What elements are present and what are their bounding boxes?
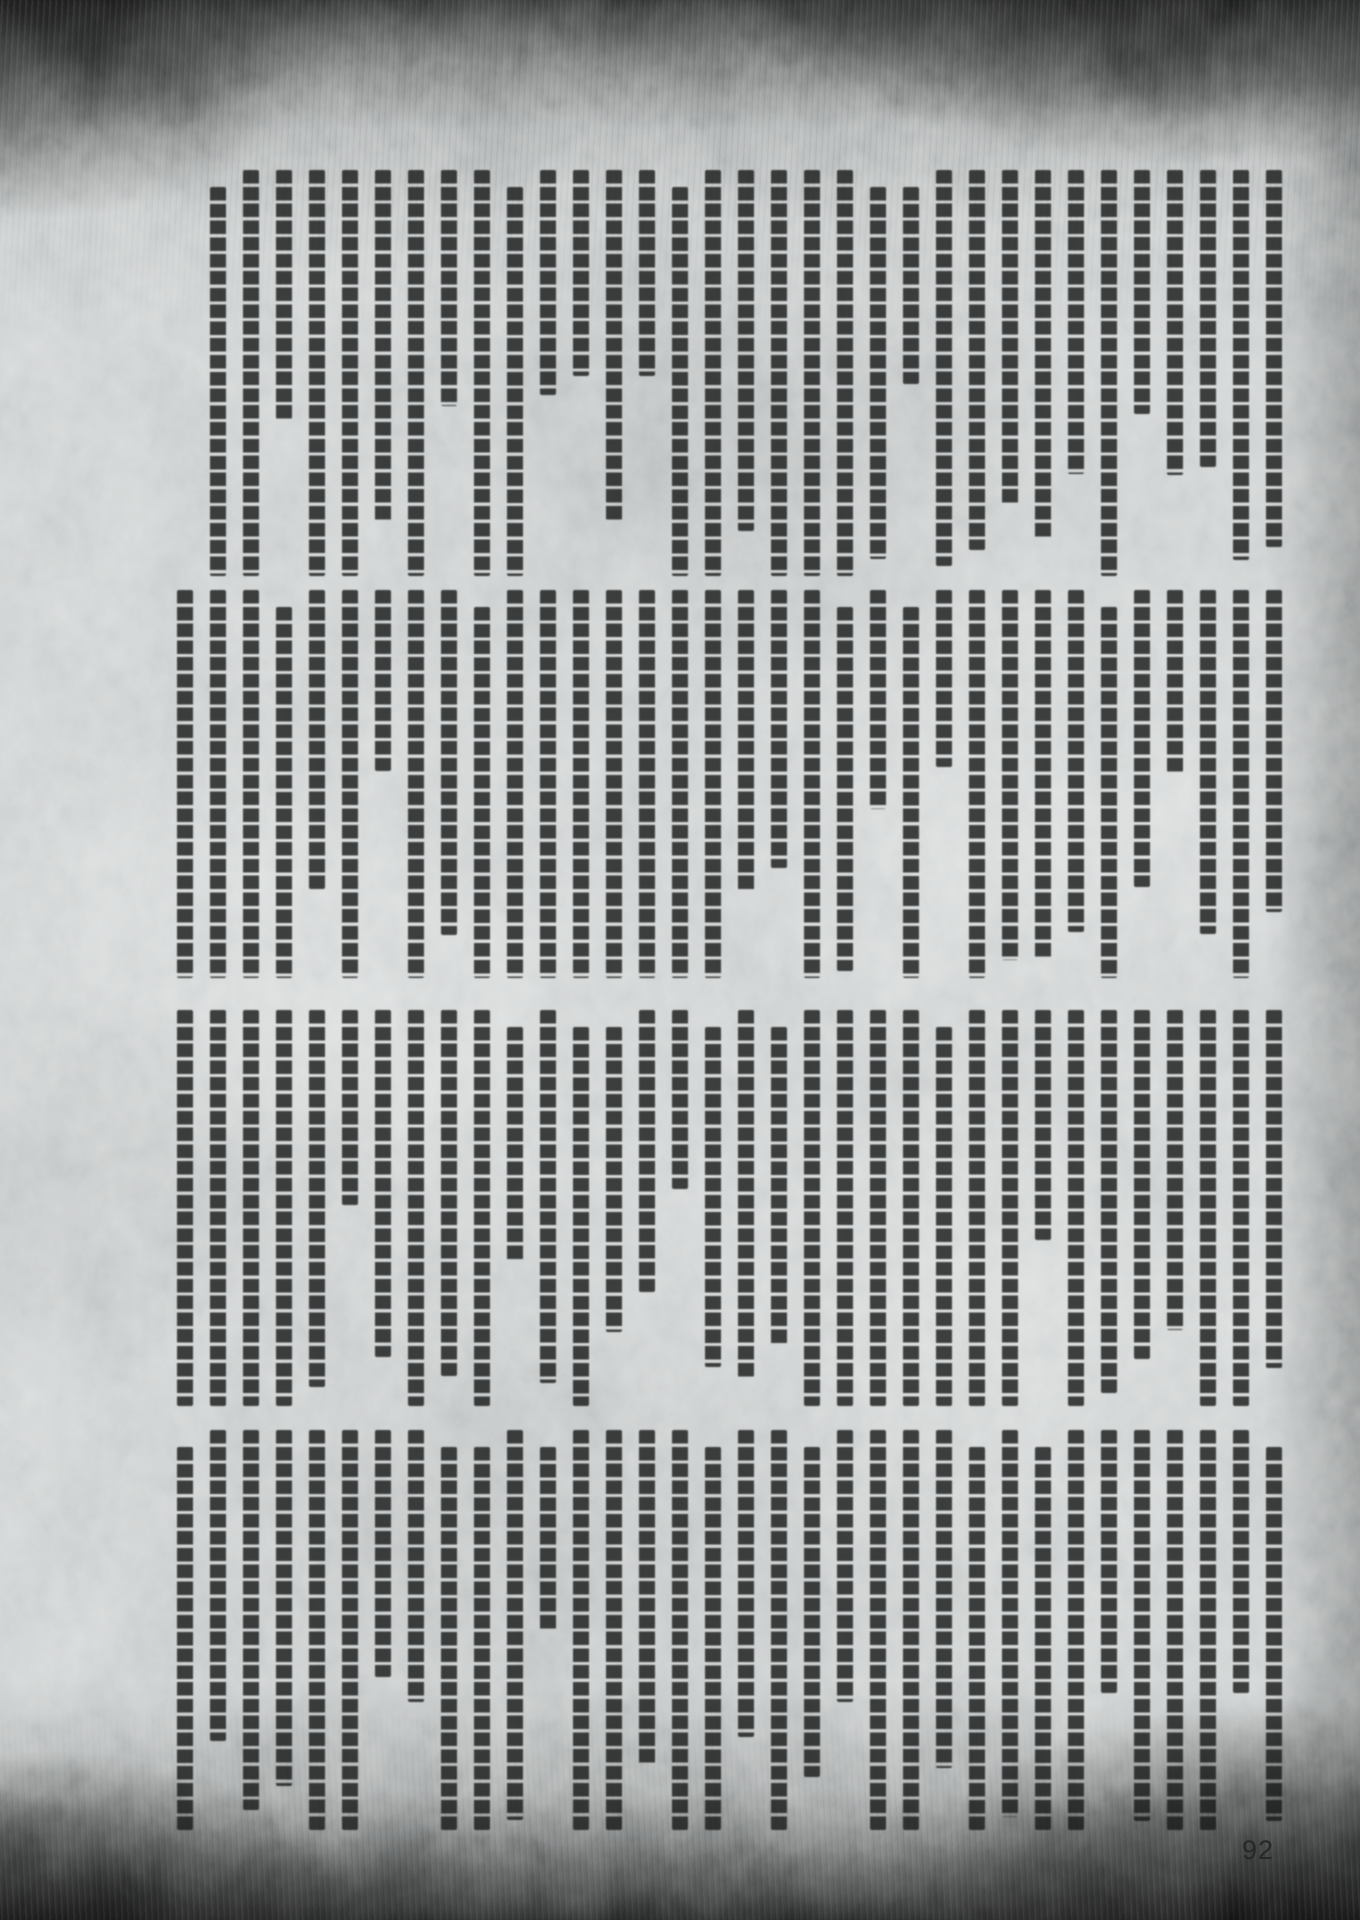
redacted-text-column [408,1430,424,1702]
redacted-text-column [804,1010,820,1406]
redacted-text-column [1167,170,1183,475]
redacted-text-column [408,590,424,978]
redacted-text-column [1200,1010,1216,1406]
redacted-text-column [705,590,721,978]
text-band-1 [170,170,1282,576]
redacted-text-column [903,607,919,978]
redacted-text-column [1002,1430,1018,1817]
redacted-text-column [969,1010,985,1406]
redacted-text-column [903,187,919,384]
redacted-text-column [177,1010,193,1406]
redacted-text-column [276,607,292,978]
redacted-text-column [177,1447,193,1830]
text-band-2 [170,590,1282,978]
redacted-text-column [573,590,589,978]
redacted-text-column [1134,590,1150,887]
redacted-text-column [540,590,556,978]
redacted-text-column [309,170,325,576]
redacted-text-column [1035,590,1051,958]
redacted-text-column [276,170,292,419]
redacted-text-column [936,590,952,767]
text-band-4 [170,1430,1282,1830]
redacted-text-column [309,1010,325,1387]
redacted-text-column [1200,1430,1216,1830]
redacted-text-column [903,1010,919,1406]
redacted-text-column [342,1430,358,1830]
redacted-text-column [276,1430,292,1786]
redacted-text-column [408,170,424,576]
redacted-text-column [870,1010,886,1406]
redacted-text-column [474,607,490,978]
redacted-text-column [507,1430,523,1820]
redacted-text-column [903,1430,919,1830]
redacted-text-column [474,1447,490,1830]
redacted-text-column [1002,1010,1018,1406]
redacted-text-column [210,187,226,576]
redacted-text-column [804,170,820,576]
redacted-text-column [837,170,853,576]
redacted-text-column [1134,1010,1150,1359]
redacted-text-column [441,590,457,935]
redacted-text-column [870,590,886,809]
redacted-text-column [606,1430,622,1830]
redacted-text-column [1200,590,1216,934]
redacted-text-column [342,590,358,978]
redacted-text-column [474,1010,490,1406]
redacted-text-column [1266,1010,1282,1368]
redacted-text-column [1002,590,1018,960]
redacted-text-column [375,1010,391,1357]
redacted-text-column [1233,170,1249,560]
redacted-text-column [1002,170,1018,504]
redacted-text-column [573,1430,589,1830]
redacted-text-column [1233,1010,1249,1406]
redacted-text-column [969,590,985,978]
redacted-text-column [474,170,490,576]
redacted-text-column [606,1027,622,1332]
redacted-text-column [738,170,754,531]
redacted-text-column [837,1430,853,1702]
redacted-text-column [1233,590,1249,978]
redacted-text-column [771,590,787,868]
redacted-text-column [1068,1010,1084,1406]
redacted-text-column [606,170,622,520]
redacted-text-column [540,1010,556,1383]
redacted-text-column [1101,170,1117,576]
redacted-text-column [441,1447,457,1830]
redacted-text-column [1101,1010,1117,1393]
redacted-text-column [738,1010,754,1377]
text-band-3 [170,1010,1282,1406]
redacted-text-column [342,170,358,576]
redacted-text-column [1266,170,1282,547]
redacted-text-column [1200,170,1216,467]
redacted-text-column [507,590,523,978]
redacted-text-column [441,1010,457,1376]
redacted-text-column [606,590,622,978]
redacted-text-column [639,1010,655,1292]
redacted-text-column [705,1027,721,1367]
redacted-text-column [969,1447,985,1830]
redacted-text-column [309,590,325,889]
redacted-text-column [441,170,457,406]
redacted-text-column [408,1010,424,1406]
redacted-text-column [639,1430,655,1765]
redacted-text-column [243,1010,259,1406]
redacted-text-column [507,187,523,576]
redacted-text-column [243,1430,259,1810]
redacted-text-column [804,590,820,978]
redacted-text-column [1035,170,1051,539]
redacted-text-column [375,590,391,771]
redacted-text-column [243,170,259,576]
redacted-text-column [936,1430,952,1768]
redacted-text-column [540,170,556,395]
redacted-text-column [1167,1430,1183,1830]
redacted-text-column [672,1430,688,1830]
redacted-text-column [1068,590,1084,932]
redacted-text-column [1035,1010,1051,1240]
redacted-text-column [540,1447,556,1630]
redacted-text-column [936,170,952,566]
redacted-text-column [210,1430,226,1741]
redacted-text-column [771,1027,787,1344]
redacted-text-column [1233,1430,1249,1693]
redacted-text-column [870,187,886,559]
redacted-text-column [375,170,391,523]
redacted-text-column [309,1430,325,1830]
redacted-text-column [1134,170,1150,414]
redacted-text-column [1101,1430,1117,1693]
redacted-text-column [177,590,193,978]
redacted-text-column [771,170,787,576]
redacted-text-column [1035,1447,1051,1830]
redacted-text-column [870,1430,886,1830]
redacted-text-column [210,1010,226,1406]
novel-page: 92 [0,0,1360,1920]
redacted-text-column [1134,1430,1150,1821]
redacted-text-column [771,1430,787,1830]
redacted-text-column [804,1447,820,1777]
redacted-text-column [276,1010,292,1406]
redacted-text-column [837,607,853,971]
redacted-text-column [738,1430,754,1737]
redacted-text-column [342,1010,358,1205]
redacted-text-column [969,170,985,550]
page-number: 92 [1242,1835,1274,1866]
redacted-text-column [639,170,655,376]
redacted-text-column [639,590,655,978]
redacted-text-column [738,590,754,892]
redacted-text-column [672,1010,688,1189]
redacted-text-column [672,590,688,978]
redacted-text-column [573,1027,589,1406]
redacted-text-column [573,170,589,376]
redacted-text-column [672,187,688,576]
redacted-text-column [1068,170,1084,474]
redacted-text-column [1101,607,1117,978]
redacted-text-column [210,590,226,978]
redacted-text-column [837,1010,853,1406]
redacted-text-column [243,590,259,978]
redacted-text-column [1266,590,1282,912]
redacted-text-column [1068,1430,1084,1830]
redacted-text-column [705,170,721,576]
redacted-text-column [507,1027,523,1261]
redacted-text-column [375,1430,391,1677]
redacted-text-column [1167,590,1183,772]
redacted-text-column [936,1027,952,1406]
redacted-text-column [705,1447,721,1830]
redacted-text-column [1266,1447,1282,1821]
redacted-text-column [1167,1010,1183,1330]
